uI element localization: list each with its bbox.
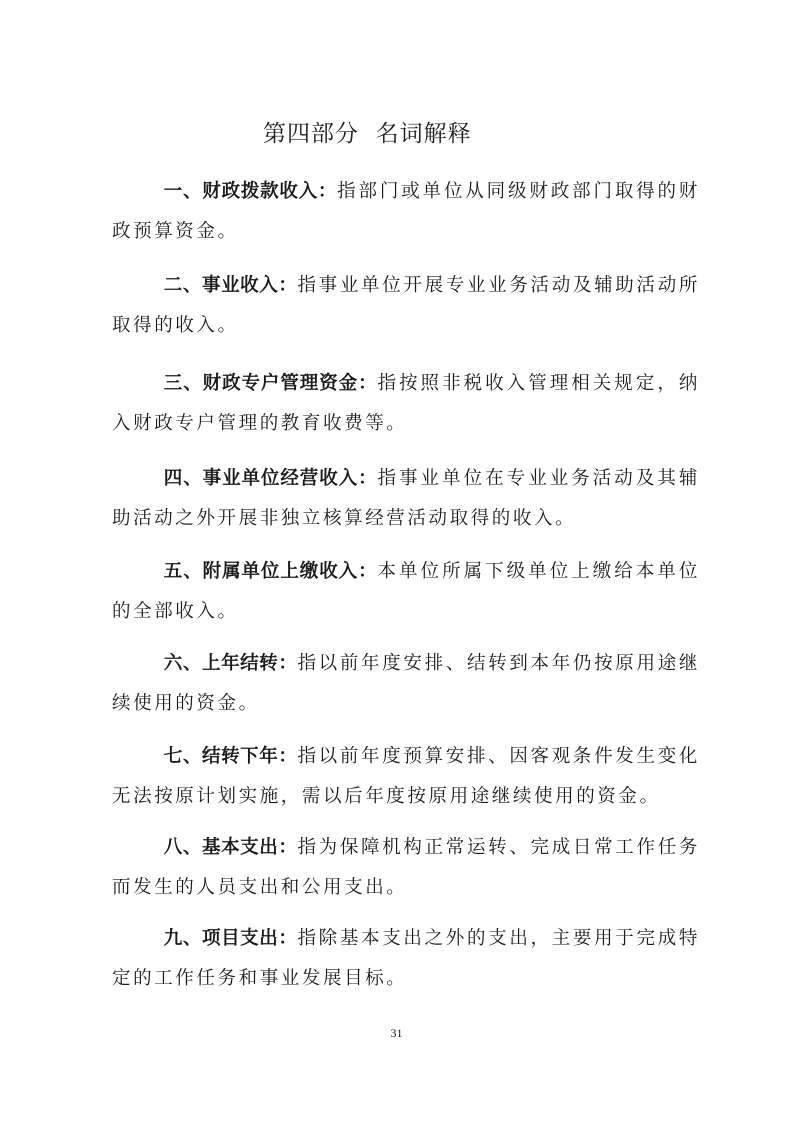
term-entry-1: 一、财政拨款收入：指部门或单位从同级财政部门取得的财政预算资金。	[112, 172, 700, 252]
term-entry-4: 四、事业单位经营收入：指事业单位在专业业务活动及其辅助活动之外开展非独立核算经营…	[112, 459, 700, 539]
term-entry-5: 五、附属单位上缴收入：本单位所属下级单位上缴给本单位的全部收入。	[112, 552, 700, 632]
document-page: 第四部分 名词解释 一、财政拨款收入：指部门或单位从同级财政部门取得的财政预算资…	[0, 0, 793, 1122]
term-entry-2: 二、事业收入：指事业单位开展专业业务活动及辅助活动所取得的收入。	[112, 266, 700, 346]
term-entry-3: 三、财政专户管理资金：指按照非税收入管理相关规定，纳入财政专户管理的教育收费等。	[112, 364, 700, 444]
page-title: 第四部分 名词解释	[263, 115, 472, 148]
term-label: 五、附属单位上缴收入：	[164, 561, 378, 582]
term-label: 三、财政专户管理资金：	[164, 373, 378, 394]
term-entry-9: 九、项目支出：指除基本支出之外的支出，主要用于完成特定的工作任务和事业发展目标。	[112, 919, 700, 999]
term-label: 二、事业收入：	[164, 275, 298, 296]
term-label: 七、结转下年：	[164, 746, 298, 767]
term-label: 八、基本支出：	[164, 837, 298, 858]
term-label: 六、上年结转：	[164, 653, 298, 674]
term-label: 九、项目支出：	[164, 928, 298, 949]
term-label: 四、事业单位经营收入：	[164, 468, 378, 489]
term-entry-7: 七、结转下年：指以前年度预算安排、因客观条件发生变化无法按原计划实施，需以后年度…	[112, 737, 700, 817]
term-label: 一、财政拨款收入：	[164, 181, 337, 202]
term-entry-8: 八、基本支出：指为保障机构正常运转、完成日常工作任务而发生的人员支出和公用支出。	[112, 828, 700, 908]
page-number: 31	[0, 1026, 793, 1041]
term-entry-6: 六、上年结转：指以前年度安排、结转到本年仍按原用途继续使用的资金。	[112, 644, 700, 724]
